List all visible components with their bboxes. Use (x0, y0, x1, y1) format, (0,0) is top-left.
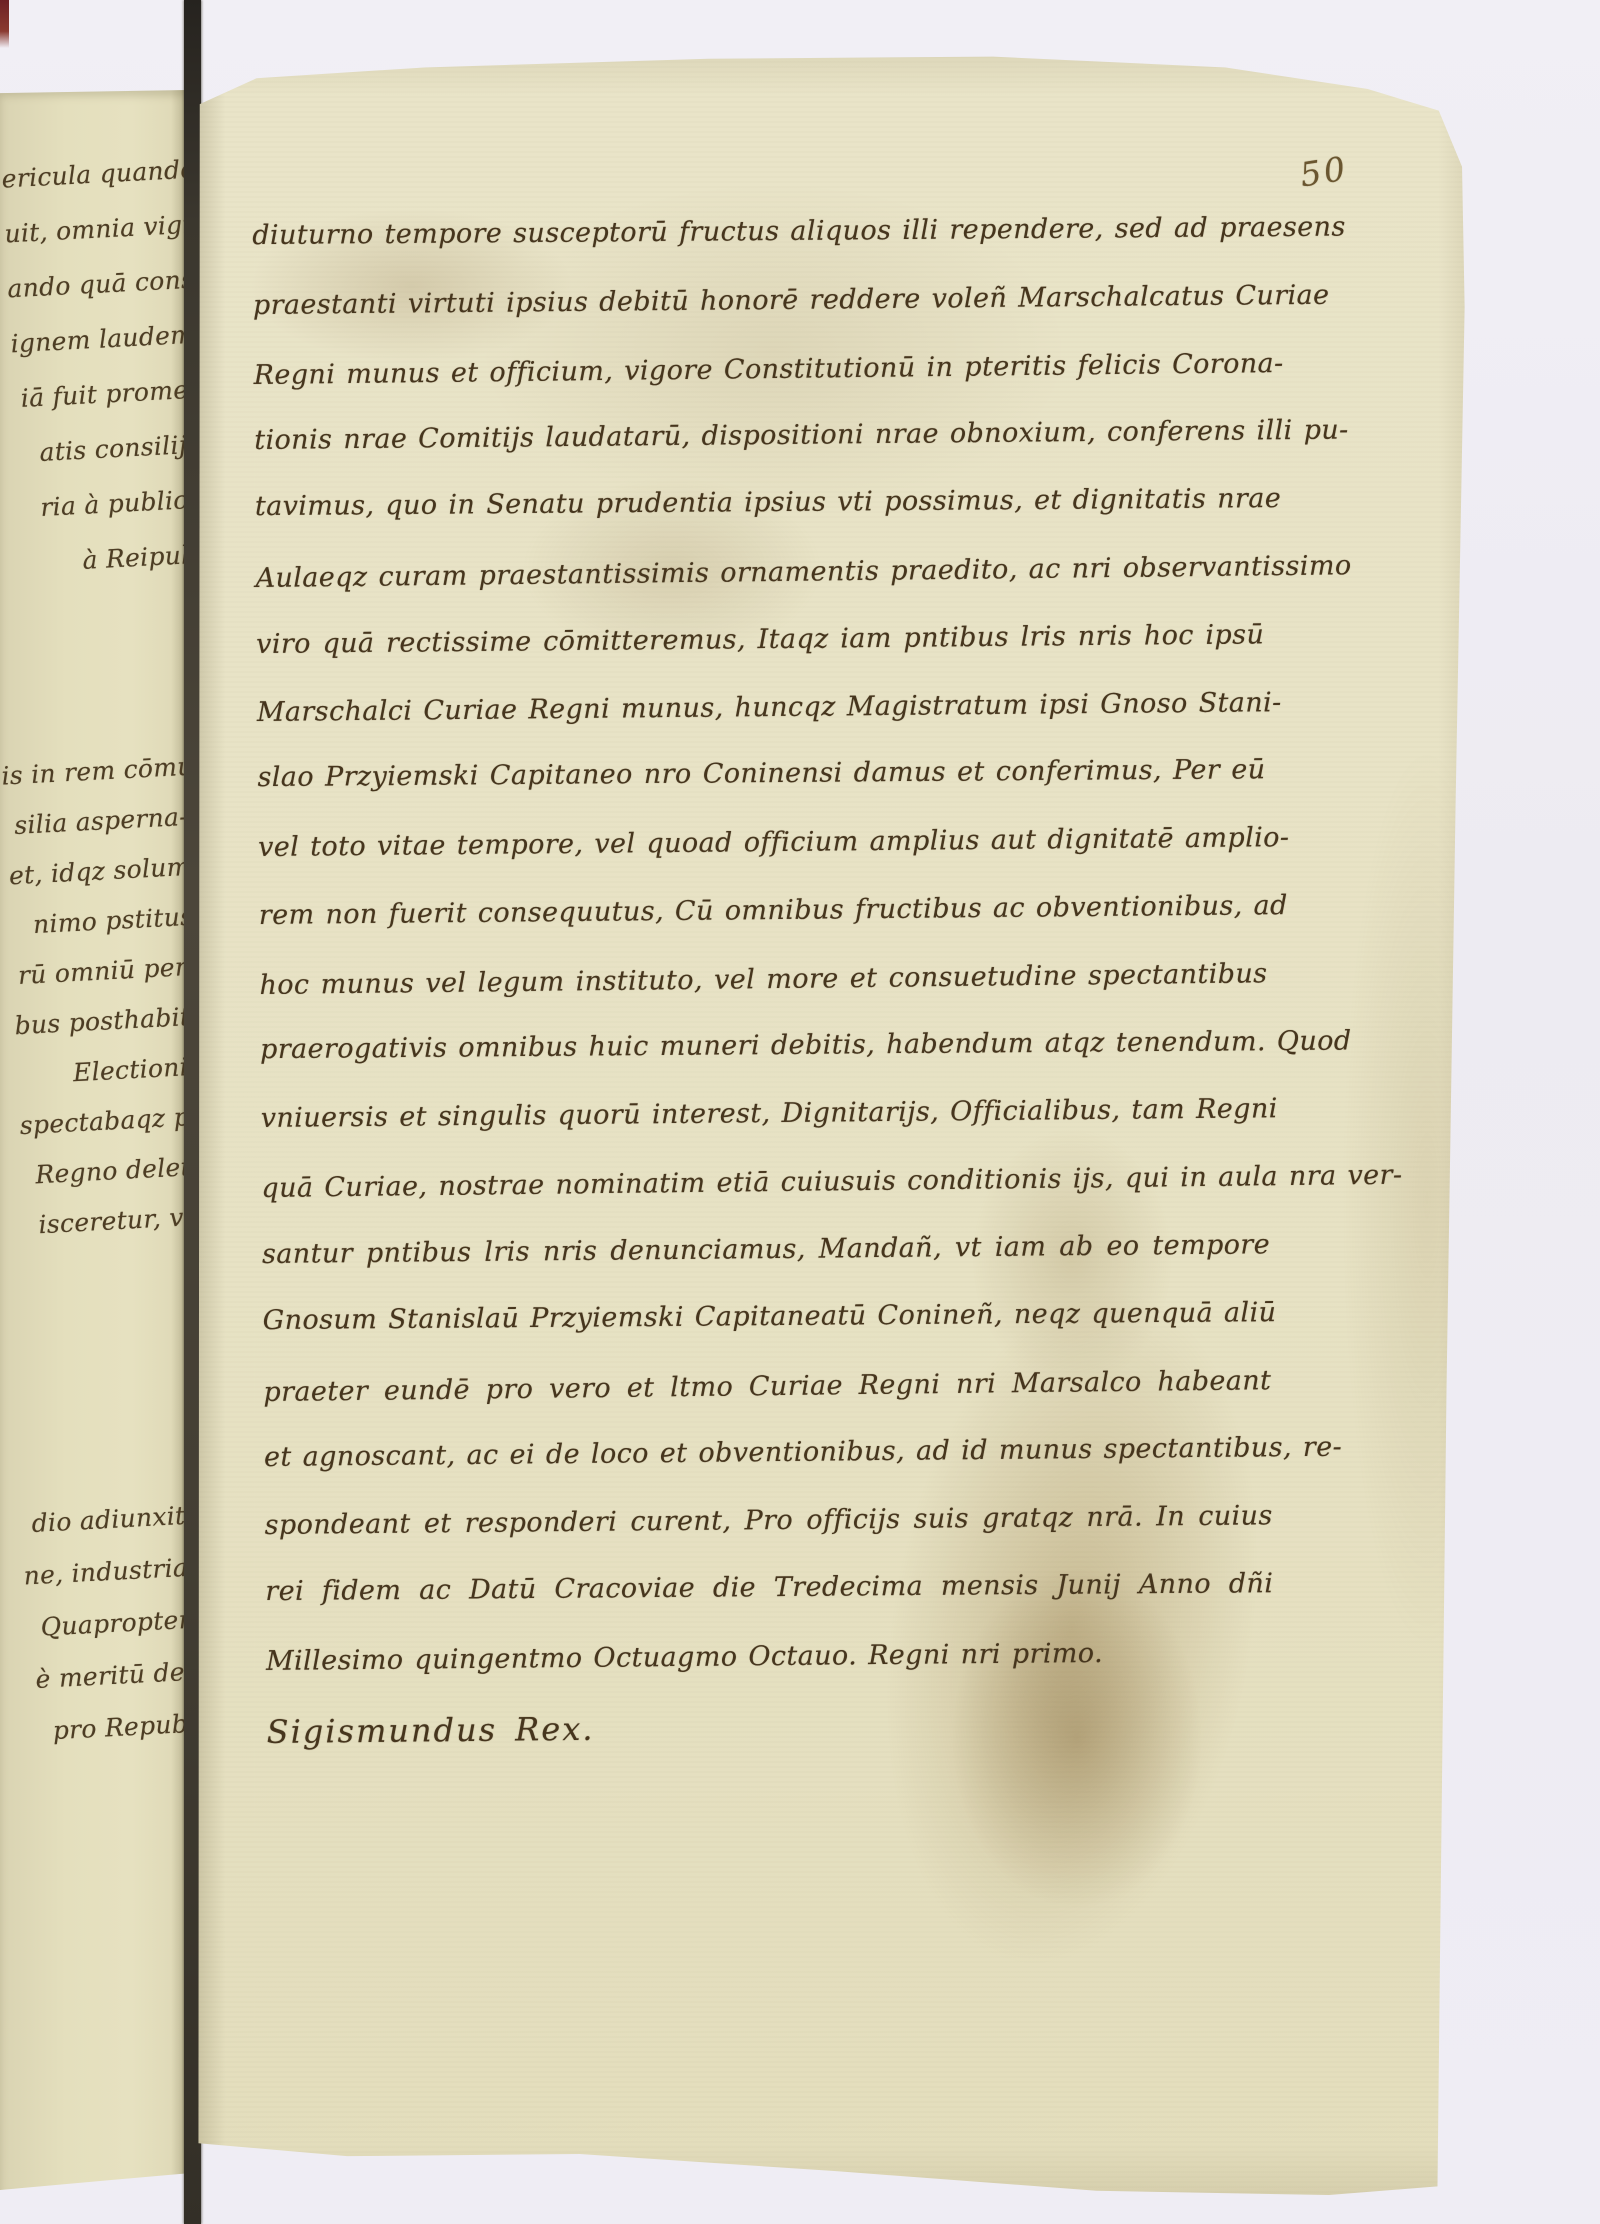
corner-mark (0, 0, 9, 48)
fragment-line: dio adiunxit (0, 1490, 186, 1552)
manuscript-line: spondeant et responderi curent, Pro offi… (264, 1482, 1273, 1559)
fragment-line: pro Repub. (11, 1698, 197, 1760)
fragment-line: ne, industria (3, 1542, 189, 1604)
manuscript-line: tavimus, quo in Senatu prudentia ipsius … (255, 465, 1264, 541)
fragment-line: isceretur, vn- (24, 1191, 210, 1251)
manuscript-line: slao Przyiemski Capitaneo nro Coninensi … (257, 737, 1266, 813)
fragment-line: è meritū de- (8, 1646, 194, 1708)
manuscript-line: vel toto vitae tempore, vel quoad offici… (258, 804, 1267, 881)
manuscript-line: Gnosum Stanislaū Przyiemski Capitaneatū … (262, 1279, 1271, 1355)
fragment-line: ignem laudem (9, 307, 196, 372)
manuscript-line: Marschalci Curiae Regni munus, huncqz Ma… (257, 669, 1266, 746)
signature-line: Sigismundus Rex. (266, 1686, 1275, 1768)
fragment-line: Quapropter (6, 1594, 192, 1656)
manuscript-line: vniuersis et singulis quorū interest, Di… (260, 1076, 1269, 1153)
manuscript-line: Regni munus et officium, vigore Constitu… (253, 330, 1262, 410)
fragment-line: ria à publica (18, 472, 205, 537)
previous-page-edge: ericula quandouit, omnia vigi-ando quā c… (0, 90, 188, 2190)
left-page-text-column-middle: is in rem cōmu-silia asperna-et, idqz so… (0, 742, 210, 1251)
manuscript-line: praestanti virtuti ipsius debitū honorē … (253, 262, 1262, 339)
left-page-text-column-top: ericula quandouit, omnia vigi-ando quā c… (0, 142, 207, 591)
fragment-line: atis consilijs (15, 417, 202, 482)
manuscript-line: quā Curiae, nostrae nominatim etiā cuius… (261, 1143, 1270, 1223)
fragment-line: iā fuit prome- (12, 362, 199, 427)
fragment-line: à Reipub. (20, 526, 207, 591)
manuscript-line: Aulaeqz curam praestantissimis ornamenti… (255, 533, 1264, 613)
manuscript-line: santur pntibus lris nris denunciamus, Ma… (262, 1211, 1271, 1288)
manuscript-line: hoc munus vel legum instituto, vel more … (259, 940, 1268, 1020)
left-page-text-column-bottom: dio adiunxitne, industriaQuapropterè mer… (0, 1490, 197, 1759)
fragment-line: uit, omnia vigi- (3, 197, 190, 262)
folio-number: 50 (1297, 148, 1351, 194)
manuscript-line: tionis nrae Comitijs laudatarū, disposit… (254, 398, 1263, 475)
manuscript-line: viro quā rectissime cōmitteremus, Itaqz … (256, 601, 1265, 678)
water-stain (1342, 748, 1512, 1648)
manuscript-line: Millesimo quingentmo Octuagmo Octauo. Re… (266, 1618, 1275, 1695)
manuscript-line: praerogativis omnibus huic muneri debiti… (260, 1008, 1269, 1084)
fragment-line: ericula quando (0, 142, 187, 207)
scanned-manuscript-photo: ericula quandouit, omnia vigi-ando quā c… (0, 0, 1600, 2224)
manuscript-page: 50 diuturno tempore susceptorū fructus a… (192, 48, 1484, 2208)
manuscript-line: praeter eundē pro vero et ltmo Curiae Re… (263, 1347, 1272, 1427)
manuscript-line: rei fidem ac Datū Cracoviae die Tredecim… (265, 1550, 1274, 1626)
manuscript-line: et agnoscant, ac ei de loco et obvention… (264, 1415, 1273, 1492)
manuscript-text: diuturno tempore susceptorū fructus aliq… (252, 194, 1275, 1767)
manuscript-line: diuturno tempore susceptorū fructus aliq… (252, 194, 1261, 270)
binding-rod (184, 0, 201, 2224)
manuscript-line: rem non fuerit consequutus, Cū omnibus f… (259, 872, 1268, 949)
fragment-line: ando quā consi- (6, 252, 193, 317)
